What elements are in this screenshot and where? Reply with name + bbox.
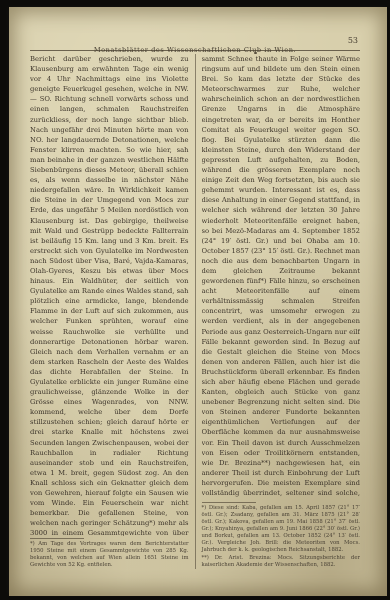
right-footnote-block: *) Diese sind: Kaba, gefallen am 15. Apr… <box>202 500 361 569</box>
text-columns: Bericht darüber geschrieben, wurde zu Kl… <box>30 54 360 569</box>
right-footnote-text-2: **) Dr. Arist. Brezina: Mocs. Sitzungsbe… <box>202 555 361 569</box>
left-column-body-text: Bericht darüber geschrieben, wurde zu Kl… <box>30 54 189 536</box>
right-column: sammt Schnee thaute in Folge seiner Wärm… <box>196 54 361 569</box>
left-footnote-block: *) Am Tage des Vortrages waren dem Beric… <box>30 536 189 569</box>
left-column: Bericht darüber geschrieben, wurde zu Kl… <box>30 54 195 569</box>
page-header: Monatsblätter des Wissenschaftlichen Clu… <box>30 37 360 48</box>
book-page: Monatsblätter des Wissenschaftlichen Clu… <box>9 7 387 596</box>
left-footnote-rule <box>30 538 84 539</box>
header-rule <box>30 50 360 51</box>
left-footnote-text: *) Am Tage des Vortrages waren dem Beric… <box>30 541 189 569</box>
rule-ornament-dot <box>254 52 257 55</box>
right-footnote-rule <box>202 502 256 503</box>
right-column-body-text: sammt Schnee thaute in Folge seiner Wärm… <box>202 54 361 500</box>
scanned-page: Monatsblätter des Wissenschaftlichen Clu… <box>0 0 390 600</box>
page-number: 53 <box>348 36 358 45</box>
right-footnote-text-1: *) Diese sind: Kaba, gefallen am 15. Apr… <box>202 505 361 554</box>
